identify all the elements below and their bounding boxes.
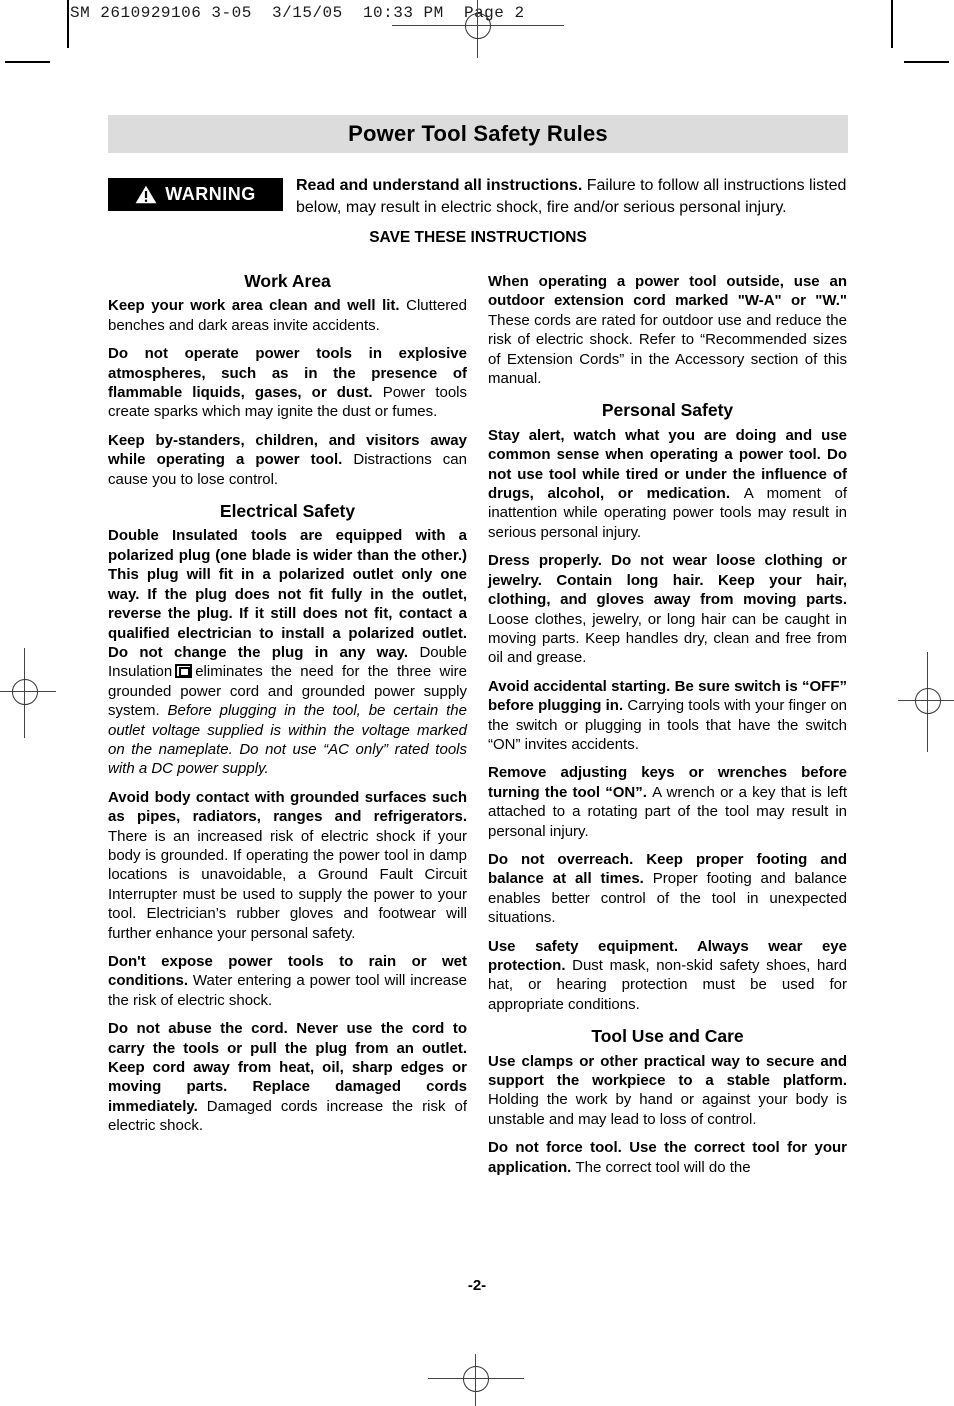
paragraph: Do not operate power tools in explosive … — [108, 344, 467, 422]
paragraph: Do not force tool. Use the correct tool … — [488, 1138, 847, 1177]
save-these-instructions: SAVE THESE INSTRUCTIONS — [108, 229, 848, 247]
page-number: -2- — [0, 1277, 954, 1294]
text-run-bold: Keep your work area clean and well lit. — [108, 297, 406, 314]
warning-triangle-icon — [135, 185, 157, 204]
registration-mark-left-circle — [12, 679, 38, 705]
double-insulation-icon — [175, 664, 192, 678]
text-run-bold: Avoid body contact with grounded surface… — [108, 789, 467, 825]
text-run-bold: Double Insulated tools are equipped with… — [108, 527, 467, 660]
left-column: Work AreaKeep your work area clean and w… — [108, 272, 467, 1186]
warning-row: WARNING Read and understand all instruct… — [108, 175, 848, 218]
paragraph: Do not overreach. Keep proper footing an… — [488, 850, 847, 928]
section-heading: Personal Safety — [488, 401, 847, 420]
two-column-body: Work AreaKeep your work area clean and w… — [108, 272, 848, 1186]
paragraph: Avoid body contact with grounded surface… — [108, 788, 467, 943]
text-run-normal: There is an increased risk of electric s… — [108, 828, 467, 942]
paragraph: Double Insulated tools are equipped with… — [108, 526, 467, 778]
registration-mark-top-circle — [465, 13, 491, 39]
document-page: Power Tool Safety Rules WARNING Read and… — [108, 115, 848, 1186]
paragraph: Use safety equipment. Always wear eye pr… — [488, 937, 847, 1015]
warning-badge: WARNING — [108, 178, 283, 211]
paragraph: Keep your work area clean and well lit. … — [108, 296, 467, 335]
text-run-normal: Loose clothes, jewelry, or long hair can… — [488, 611, 847, 667]
paragraph: Dress properly. Do not wear loose clothi… — [488, 551, 847, 667]
registration-mark-right-circle — [915, 688, 941, 714]
page-title: Power Tool Safety Rules — [348, 121, 608, 147]
crop-mark-top-right-vertical — [891, 0, 893, 48]
text-run-bold: When operating a power tool outside, use… — [488, 273, 847, 309]
crop-mark-top-left-vertical — [67, 0, 69, 48]
warning-label: WARNING — [165, 184, 256, 205]
paragraph: Keep by-standers, children, and visitors… — [108, 431, 467, 489]
text-run-normal: These cords are rated for outdoor use an… — [488, 312, 847, 387]
paragraph: Avoid accidental starting. Be sure switc… — [488, 677, 847, 755]
registration-mark-bottom-circle — [463, 1366, 489, 1392]
paragraph: Do not abuse the cord. Never use the cor… — [108, 1019, 467, 1135]
text-run-bold: Read and understand all instructions. — [296, 177, 582, 194]
paragraph: Don't expose power tools to rain or wet … — [108, 952, 467, 1010]
text-run-bold: Dress properly. Do not wear loose clothi… — [488, 552, 847, 608]
crop-mark-top-right-horizontal — [904, 61, 949, 63]
title-bar: Power Tool Safety Rules — [108, 115, 848, 153]
paragraph: Use clamps or other practical way to sec… — [488, 1052, 847, 1130]
section-heading: Tool Use and Care — [488, 1027, 847, 1046]
paragraph: Remove adjusting keys or wrenches before… — [488, 763, 847, 841]
right-column: When operating a power tool outside, use… — [488, 272, 847, 1186]
crop-mark-top-left-horizontal — [5, 61, 50, 63]
text-run-normal: Holding the work by hand or against your… — [488, 1091, 847, 1127]
paragraph: When operating a power tool outside, use… — [488, 272, 847, 388]
text-run-bold: Use clamps or other practical way to sec… — [488, 1053, 847, 1089]
section-heading: Electrical Safety — [108, 502, 467, 521]
warning-text: Read and understand all instructions. Fa… — [296, 175, 848, 218]
print-header: SM 2610929106 3-05 3/15/05 10:33 PM Page… — [70, 4, 525, 22]
paragraph: Stay alert, watch what you are doing and… — [488, 426, 847, 542]
section-heading: Work Area — [108, 272, 467, 291]
text-run-normal: The correct tool will do the — [576, 1159, 751, 1176]
